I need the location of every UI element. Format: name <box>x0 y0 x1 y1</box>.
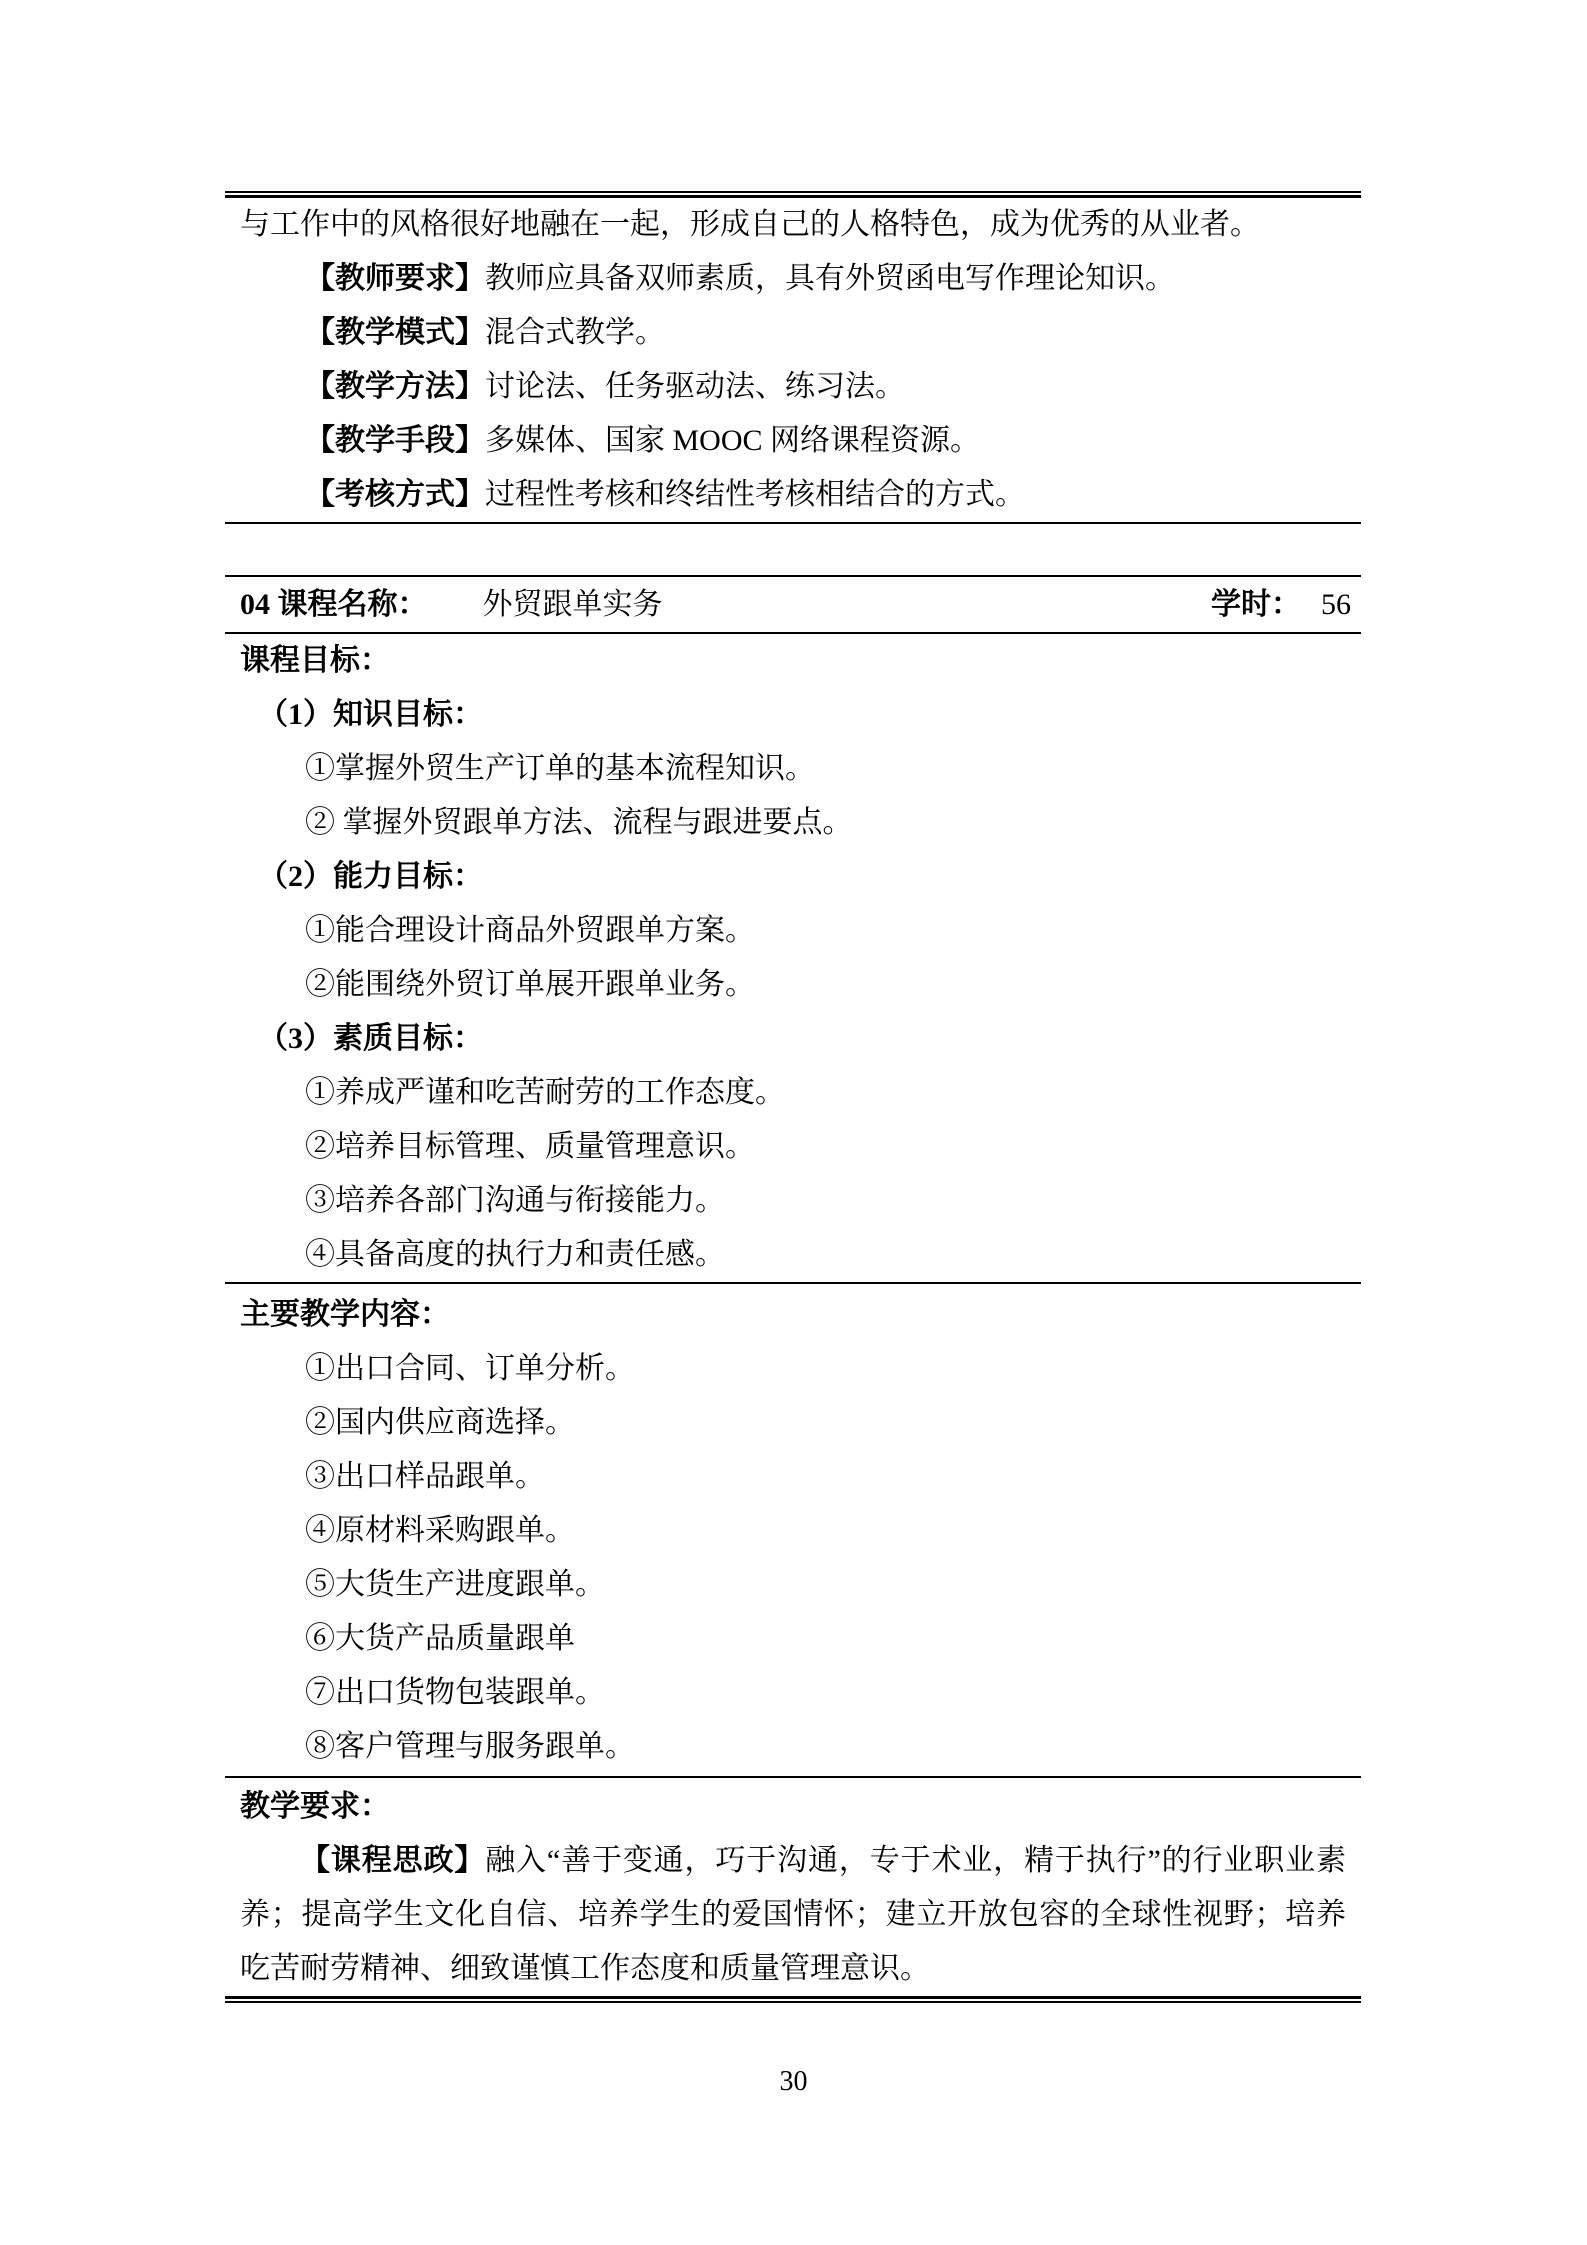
top-margin <box>0 0 1587 191</box>
table-top-double-border <box>225 191 1361 198</box>
section-teaching-content: 主要教学内容： ①出口合同、订单分析。 ②国内供应商选择。 ③出口样品跟单。 ④… <box>225 1284 1361 1776</box>
content-item: ⑤大货生产进度跟单。 <box>240 1558 1346 1612</box>
page-number: 30 <box>0 2065 1587 2099</box>
content-item: ④原材料采购跟单。 <box>240 1504 1346 1558</box>
content-item: ⑦出口货物包装跟单。 <box>240 1666 1346 1720</box>
section-course-objectives: 课程目标： （1）知识目标： ①掌握外贸生产订单的基本流程知识。 ② 掌握外贸跟… <box>225 634 1361 1282</box>
bracket-text: 过程性考核和终结性考核相结合的方式。 <box>485 478 1025 511</box>
course-ideology-paragraph: 【课程思政】融入“善于变通，巧于沟通，专于术业，精于执行”的行业职业素养；提高学… <box>240 1834 1346 1996</box>
content-item: ⑧客户管理与服务跟单。 <box>240 1720 1346 1774</box>
objective-item: ①养成严谨和吃苦耐劳的工作态度。 <box>240 1066 1346 1120</box>
bracket-label: 【教学模式】 <box>305 316 485 349</box>
bracket-text: 讨论法、任务驱动法、练习法。 <box>485 370 905 403</box>
objective-item: ③培养各部门沟通与衔接能力。 <box>240 1174 1346 1228</box>
bracket-label: 【教学方法】 <box>305 370 485 403</box>
objective-item: ①掌握外贸生产订单的基本流程知识。 <box>240 742 1346 796</box>
content-item: ①出口合同、订单分析。 <box>240 1342 1346 1396</box>
quality-objectives-title: （3）素质目标： <box>240 1012 1346 1066</box>
bracket-item-assessment-method: 【考核方式】过程性考核和终结性考核相结合的方式。 <box>240 468 1346 522</box>
objective-item: ④具备高度的执行力和责任感。 <box>240 1228 1346 1282</box>
intro-continuation-line: 与工作中的风格很好地融在一起，形成自己的人格特色，成为优秀的从业者。 <box>240 198 1346 252</box>
bracket-text: 教师应具备双师素质，具有外贸函电写作理论知识。 <box>485 262 1175 295</box>
section-course-03-tail: 与工作中的风格很好地融在一起，形成自己的人格特色，成为优秀的从业者。 【教师要求… <box>225 198 1361 522</box>
ability-objectives-title: （2）能力目标： <box>240 850 1346 904</box>
course-header-row: 04 课程名称：外贸跟单实务 学时：56 <box>225 577 1361 632</box>
section-teaching-requirements: 教学要求： 【课程思政】融入“善于变通，巧于沟通，专于术业，精于执行”的行业职业… <box>225 1778 1361 1996</box>
document-content: 与工作中的风格很好地融在一起，形成自己的人格特色，成为优秀的从业者。 【教师要求… <box>225 191 1361 2003</box>
bracket-item-teaching-method: 【教学方法】讨论法、任务驱动法、练习法。 <box>240 360 1346 414</box>
objective-item: ②培养目标管理、质量管理意识。 <box>240 1120 1346 1174</box>
hours-value: 56 <box>1321 588 1351 621</box>
table-bottom-double-border <box>225 1996 1361 2003</box>
bracket-item-teaching-means: 【教学手段】多媒体、国家 MOOC 网络课程资源。 <box>240 414 1346 468</box>
objective-item: ①能合理设计商品外贸跟单方案。 <box>240 904 1346 958</box>
bracket-item-teacher-requirement: 【教师要求】教师应具备双师素质，具有外贸函电写作理论知识。 <box>240 252 1346 306</box>
content-item: ③出口样品跟单。 <box>240 1450 1346 1504</box>
content-item: ②国内供应商选择。 <box>240 1396 1346 1450</box>
objective-item: ② 掌握外贸跟单方法、流程与跟进要点。 <box>240 796 1346 850</box>
bracket-label: 【教学手段】 <box>305 424 485 457</box>
course-hours-cell: 学时：56 <box>1211 577 1351 632</box>
bracket-text: 多媒体、国家 MOOC 网络课程资源。 <box>485 424 980 457</box>
course-name-value: 外贸跟单实务 <box>483 588 663 621</box>
course-number-label: 04 课程名称： <box>240 588 428 621</box>
knowledge-objectives-title: （1）知识目标： <box>240 688 1346 742</box>
table-gap <box>225 524 1361 575</box>
objective-item: ②能围绕外贸订单展开跟单业务。 <box>240 958 1346 1012</box>
teaching-requirements-title: 教学要求： <box>240 1780 1346 1834</box>
bracket-item-teaching-mode: 【教学模式】混合式教学。 <box>240 306 1346 360</box>
bracket-label: 【教师要求】 <box>305 262 485 295</box>
objectives-title: 课程目标： <box>240 634 1346 688</box>
teaching-content-title: 主要教学内容： <box>240 1288 1346 1342</box>
course-ideology-label: 【课程思政】 <box>300 1844 485 1877</box>
document-page: 与工作中的风格很好地融在一起，形成自己的人格特色，成为优秀的从业者。 【教师要求… <box>0 0 1587 2245</box>
content-item: ⑥大货产品质量跟单 <box>240 1612 1346 1666</box>
bracket-label: 【考核方式】 <box>305 478 485 511</box>
course-name-cell: 04 课程名称：外贸跟单实务 <box>240 577 663 632</box>
hours-label: 学时： <box>1211 588 1301 621</box>
bracket-text: 混合式教学。 <box>485 316 665 349</box>
